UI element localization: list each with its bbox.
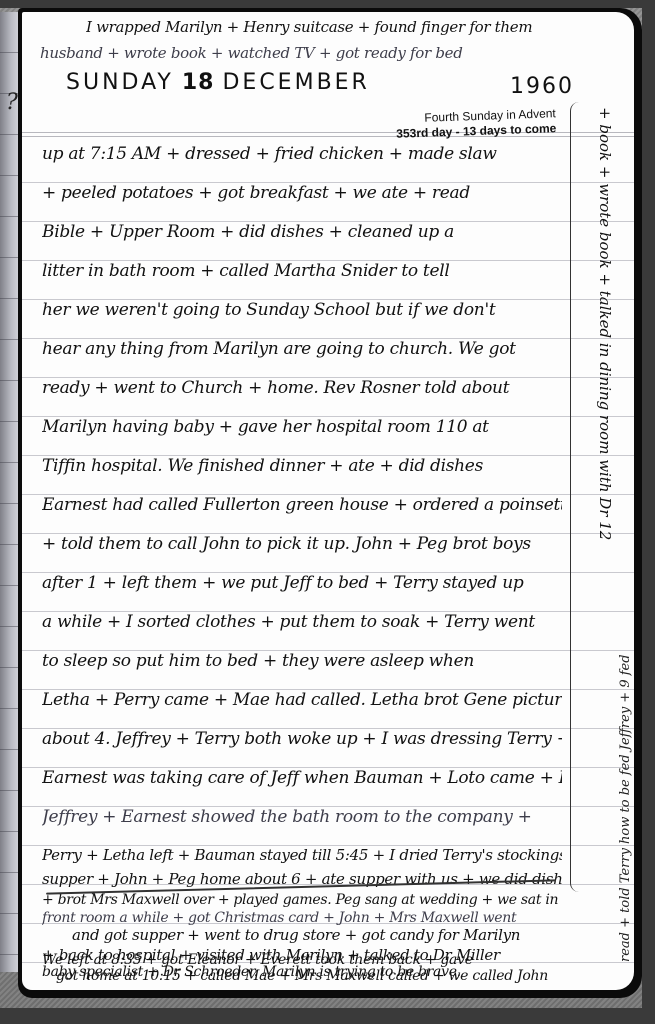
diary-line: Earnest was taking care of Jeff when Bau…	[42, 768, 562, 788]
margin-note-vertical-2: read + told Terry how to be fed Jeffrey …	[618, 654, 633, 962]
diary-line: Letha + Perry came + Mae had called. Let…	[42, 690, 562, 710]
diary-line: to sleep so put him to bed + they were a…	[42, 651, 562, 671]
diary-line: front room a while + got Christmas card …	[42, 910, 562, 926]
weekday: SUNDAY	[66, 70, 174, 95]
diary-line: + peeled potatoes + got breakfast + we a…	[42, 183, 562, 203]
diary-line: + brot Mrs Maxwell over + played games. …	[42, 892, 562, 908]
month: DECEMBER	[222, 70, 369, 95]
margin-note-vertical: + book + wrote book + talked in dining r…	[596, 107, 614, 957]
diary-line: got home at 10:15 + called Mae + Mrs Max…	[56, 968, 616, 984]
diary-page: I wrapped Marilyn + Henry suitcase + fou…	[22, 12, 634, 990]
observance-block: Fourth Sunday in Advent 353rd day - 13 d…	[395, 106, 556, 142]
diary-line: Jeffrey + Earnest showed the bath room t…	[42, 807, 562, 827]
header-note-1: I wrapped Marilyn + Henry suitcase + fou…	[86, 18, 556, 36]
year: 1960	[510, 74, 574, 99]
margin-bracket-line	[570, 102, 588, 892]
diary-line: + told them to call John to pick it up. …	[42, 534, 562, 554]
diary-line: Tiffin hospital. We finished dinner + at…	[42, 456, 562, 476]
diary-line: up at 7:15 AM + dressed + fried chicken …	[42, 144, 562, 164]
day-number: 18	[182, 70, 215, 95]
diary-line: about 4. Jeffrey + Terry both woke up + …	[42, 729, 562, 749]
diary-line: litter in bath room + called Martha Snid…	[42, 261, 562, 281]
diary-line: a while + I sorted clothes + put them to…	[42, 612, 562, 632]
scanned-diary-page: ?. I wrapped Marilyn + Henry suitcase + …	[0, 0, 655, 1024]
diary-line: Marilyn having baby + gave her hospital …	[42, 417, 562, 437]
diary-line: Bible + Upper Room + did dishes + cleane…	[42, 222, 562, 242]
diary-line: hear any thing from Marilyn are going to…	[42, 339, 562, 359]
diary-line: Earnest had called Fullerton green house…	[42, 495, 562, 515]
diary-line: her we weren't going to Sunday School bu…	[42, 300, 562, 320]
diary-line: ready + went to Church + home. Rev Rosne…	[42, 378, 562, 398]
diary-line: after 1 + left them + we put Jeff to bed…	[42, 573, 562, 593]
diary-line: and got supper + went to drug store + go…	[72, 926, 592, 944]
diary-line: We left at 8:35 + got Eleanor + Everett …	[42, 952, 602, 968]
header-note-2: husband + wrote book + watched TV + got …	[40, 44, 600, 62]
diary-line: Perry + Letha left + Bauman stayed till …	[42, 846, 562, 864]
printed-date: SUNDAY18DECEMBER	[66, 70, 370, 95]
